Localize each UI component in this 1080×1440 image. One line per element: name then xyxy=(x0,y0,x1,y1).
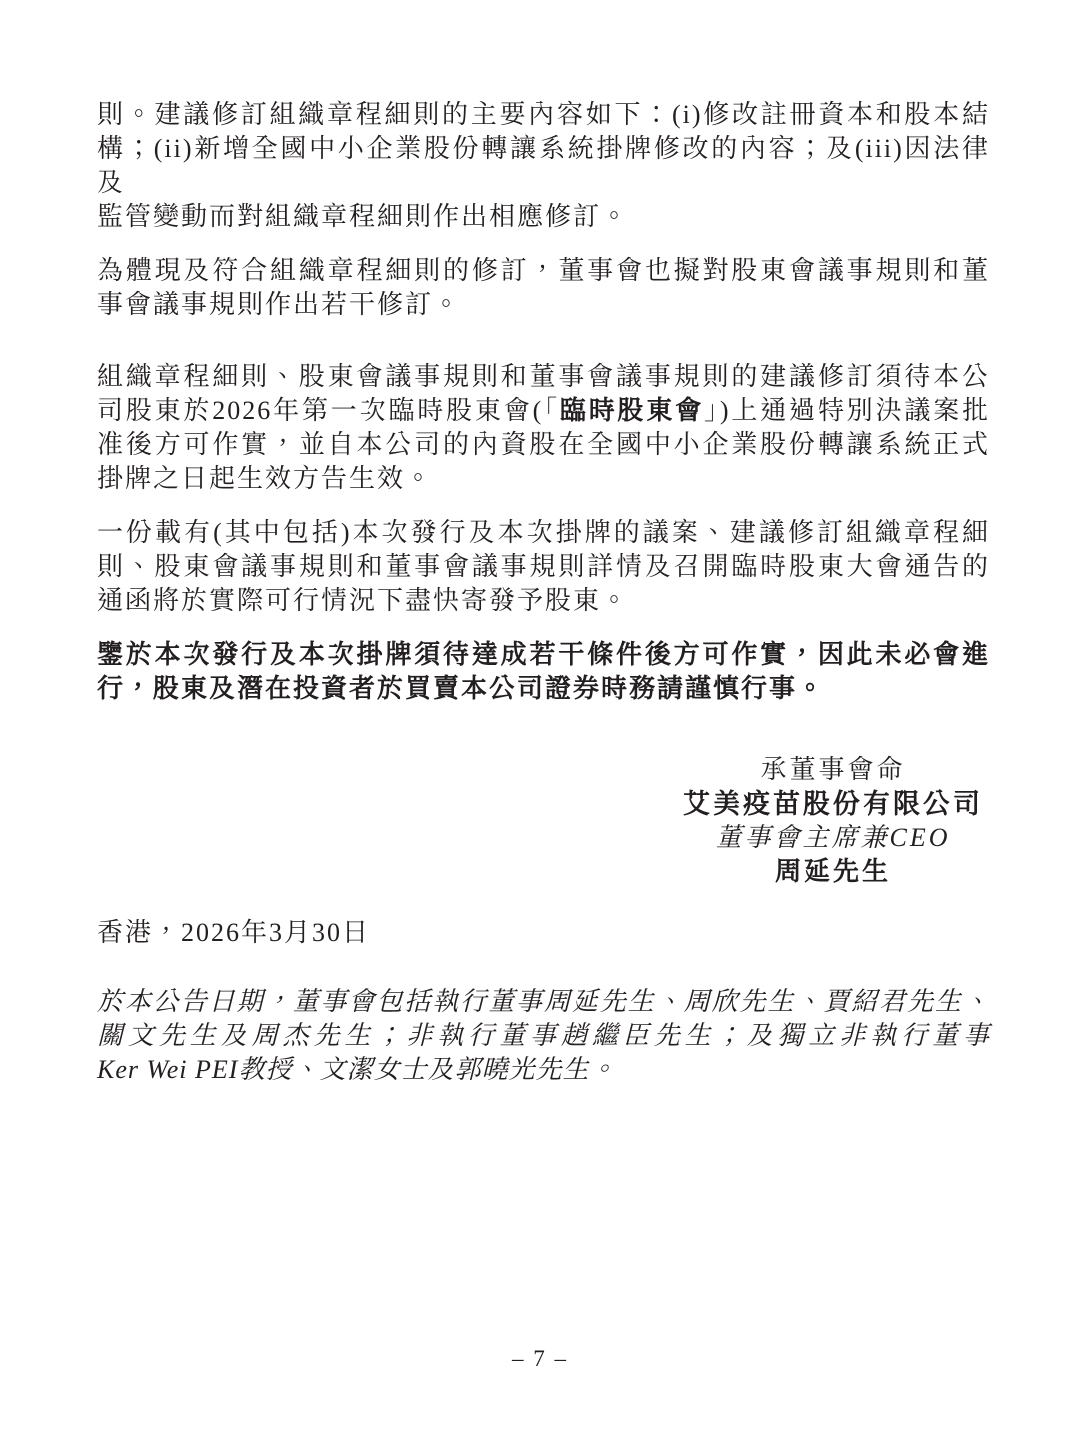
body-text: 則。建議修訂組織章程細則的主要內容如下：(i)修改註冊資本和股本結 構；(ii)… xyxy=(97,98,990,1087)
paragraph-line: 司股東於2026年第一次臨時股東會(「臨時股東會」)上通過特別決議案批 xyxy=(97,394,990,428)
paragraph-line: 則、股東會議事規則和董事會議事規則詳情及召開臨時股東大會通告的 xyxy=(97,550,990,584)
directors-paragraph: 於本公告日期，董事會包括執行董事周延先生、周欣先生、賈紹君先生、 關文先生及周杰… xyxy=(97,985,990,1087)
paragraph-line: 於本公告日期，董事會包括執行董事周延先生、周欣先生、賈紹君先生、 xyxy=(97,985,990,1019)
company-name: 艾美疫苗股份有限公司 xyxy=(676,787,990,821)
by-order-of-board-line: 承董事會命 xyxy=(676,753,990,787)
paragraph-text: 」)上通過特別決議案批 xyxy=(704,396,990,425)
place-and-date: 香港，2026年3月30日 xyxy=(97,916,990,950)
paragraph-circular-dispatch: 一份載有(其中包括)本次發行及本次掛牌的議案、建議修訂組織章程細 則、股東會議事… xyxy=(97,516,990,618)
paragraph-line: 組織章程細則、股東會議事規則和董事會議事規則的建議修訂須待本公 xyxy=(97,360,990,394)
document-page: 則。建議修訂組織章程細則的主要內容如下：(i)修改註冊資本和股本結 構；(ii)… xyxy=(0,0,1080,1440)
paragraph-line: 掛牌之日起生效方告生效。 xyxy=(97,462,990,496)
paragraph-amendments-summary: 則。建議修訂組織章程細則的主要內容如下：(i)修改註冊資本和股本結 構；(ii)… xyxy=(97,98,990,234)
paragraph-line: 監管變動而對組織章程細則作出相應修訂。 xyxy=(97,200,990,234)
paragraph-line: 則。建議修訂組織章程細則的主要內容如下：(i)修改註冊資本和股本結 xyxy=(97,98,990,132)
paragraph-text: 司股東於2026年第一次臨時股東會(「 xyxy=(97,396,560,425)
chairman-name: 周延先生 xyxy=(676,855,990,889)
egm-defined-term: 臨時股東會 xyxy=(560,396,704,425)
paragraph-egm-approval: 組織章程細則、股東會議事規則和董事會議事規則的建議修訂須待本公 司股東於2026… xyxy=(97,360,990,496)
paragraph-line: 關文先生及周杰先生；非執行董事趙繼臣先生；及獨立非執行董事 xyxy=(97,1019,990,1053)
paragraph-line: Ker Wei PEI教授、文潔女士及郭曉光先生。 xyxy=(97,1053,990,1087)
footer-page-number: – 7 – xyxy=(0,1346,1080,1372)
paragraph-line: 行，股東及潛在投資者於買賣本公司證券時務請謹慎行事。 xyxy=(97,672,990,706)
paragraph-line: 為體現及符合組織章程細則的修訂，董事會也擬對股東會議事規則和董 xyxy=(97,254,990,288)
paragraph-caution-statement: 鑒於本次發行及本次掛牌須待達成若干條件後方可作實，因此未必會進 行，股東及潛在投… xyxy=(97,638,990,706)
paragraph-line: 事會議事規則作出若干修訂。 xyxy=(97,288,990,322)
paragraph-line: 准後方可作實，並自本公司的內資股在全國中小企業股份轉讓系統正式 xyxy=(97,428,990,462)
signature-block: 承董事會命 艾美疫苗股份有限公司 董事會主席兼CEO 周延先生 xyxy=(676,753,990,889)
paragraph-line: 通函將於實際可行情況下盡快寄發予股東。 xyxy=(97,584,990,618)
paragraph-line: 一份載有(其中包括)本次發行及本次掛牌的議案、建議修訂組織章程細 xyxy=(97,516,990,550)
paragraph-rules-amendments: 為體現及符合組織章程細則的修訂，董事會也擬對股東會議事規則和董 事會議事規則作出… xyxy=(97,254,990,322)
dateline: 香港，2026年3月30日 xyxy=(97,916,990,950)
paragraph-line: 鑒於本次發行及本次掛牌須待達成若干條件後方可作實，因此未必會進 xyxy=(97,638,990,672)
chairman-ceo-title: 董事會主席兼CEO xyxy=(676,821,990,855)
paragraph-line: 構；(ii)新增全國中小企業股份轉讓系統掛牌修改的內容；及(iii)因法律及 xyxy=(97,132,990,200)
